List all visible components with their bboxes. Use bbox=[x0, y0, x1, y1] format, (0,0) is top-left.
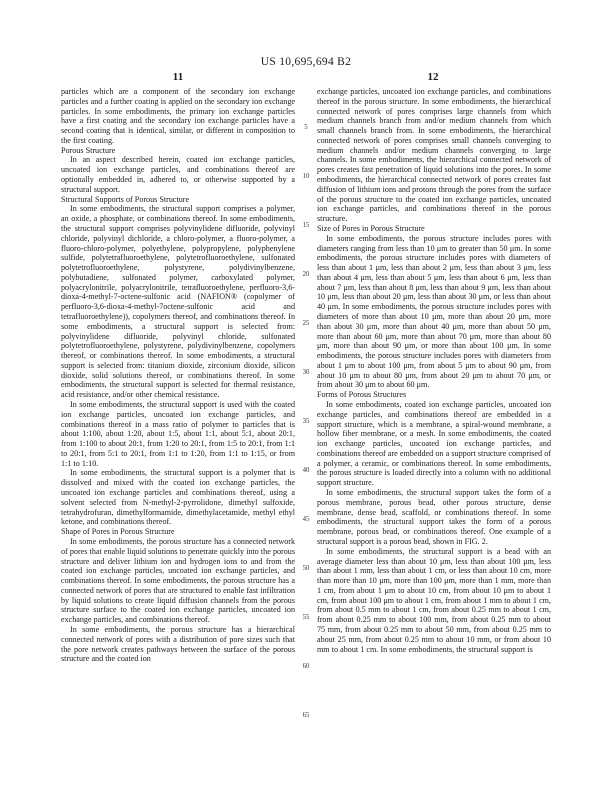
section-heading: Porous Structure bbox=[61, 146, 295, 156]
line-number: 10 bbox=[294, 173, 318, 180]
line-number: 50 bbox=[294, 565, 318, 572]
paragraph: In some embodiments, the porous structur… bbox=[317, 234, 551, 391]
left-text-column: particles which are a component of the s… bbox=[61, 87, 295, 664]
paragraph: particles which are a component of the s… bbox=[61, 87, 295, 146]
line-number: 40 bbox=[294, 467, 318, 474]
paragraph: In some embodiments, the structural supp… bbox=[61, 204, 295, 400]
section-heading: Forms of Porous Structures bbox=[317, 390, 551, 400]
patent-number-header: US 10,695,694 B2 bbox=[0, 56, 612, 68]
line-number: 30 bbox=[294, 369, 318, 376]
section-heading: Size of Pores in Porous Structure bbox=[317, 224, 551, 234]
line-number: 65 bbox=[294, 712, 318, 719]
column-number-left: 11 bbox=[128, 71, 228, 83]
column-number-right: 12 bbox=[383, 71, 483, 83]
line-number: 25 bbox=[294, 320, 318, 327]
section-heading: Structural Supports of Porous Structure bbox=[61, 195, 295, 205]
paragraph: In some embodiments, the porous structur… bbox=[61, 537, 295, 625]
paragraph: In some embodiments, coated ion exchange… bbox=[317, 400, 551, 488]
line-number: 5 bbox=[294, 124, 318, 131]
paragraph: exchange particles, uncoated ion exchang… bbox=[317, 87, 551, 224]
line-number: 20 bbox=[294, 271, 318, 278]
paragraph: In some embodiments, the structural supp… bbox=[61, 468, 295, 527]
paragraph: In some embodiments, the structural supp… bbox=[317, 547, 551, 655]
line-number: 45 bbox=[294, 516, 318, 523]
patent-page: US 10,695,694 B2 11 12 5 10 15 20 25 30 … bbox=[0, 0, 612, 792]
section-heading: Shape of Pores in Porous Structure bbox=[61, 527, 295, 537]
paragraph: In some embodiments, the porous structur… bbox=[61, 625, 295, 664]
line-number: 60 bbox=[294, 663, 318, 670]
line-number: 55 bbox=[294, 614, 318, 621]
line-number: 15 bbox=[294, 222, 318, 229]
paragraph: In some embodiments, the structural supp… bbox=[61, 400, 295, 468]
right-text-column: exchange particles, uncoated ion exchang… bbox=[317, 87, 551, 654]
line-number: 35 bbox=[294, 418, 318, 425]
paragraph: In some embodiments, the structural supp… bbox=[317, 488, 551, 547]
paragraph: In an aspect described herein, coated io… bbox=[61, 155, 295, 194]
